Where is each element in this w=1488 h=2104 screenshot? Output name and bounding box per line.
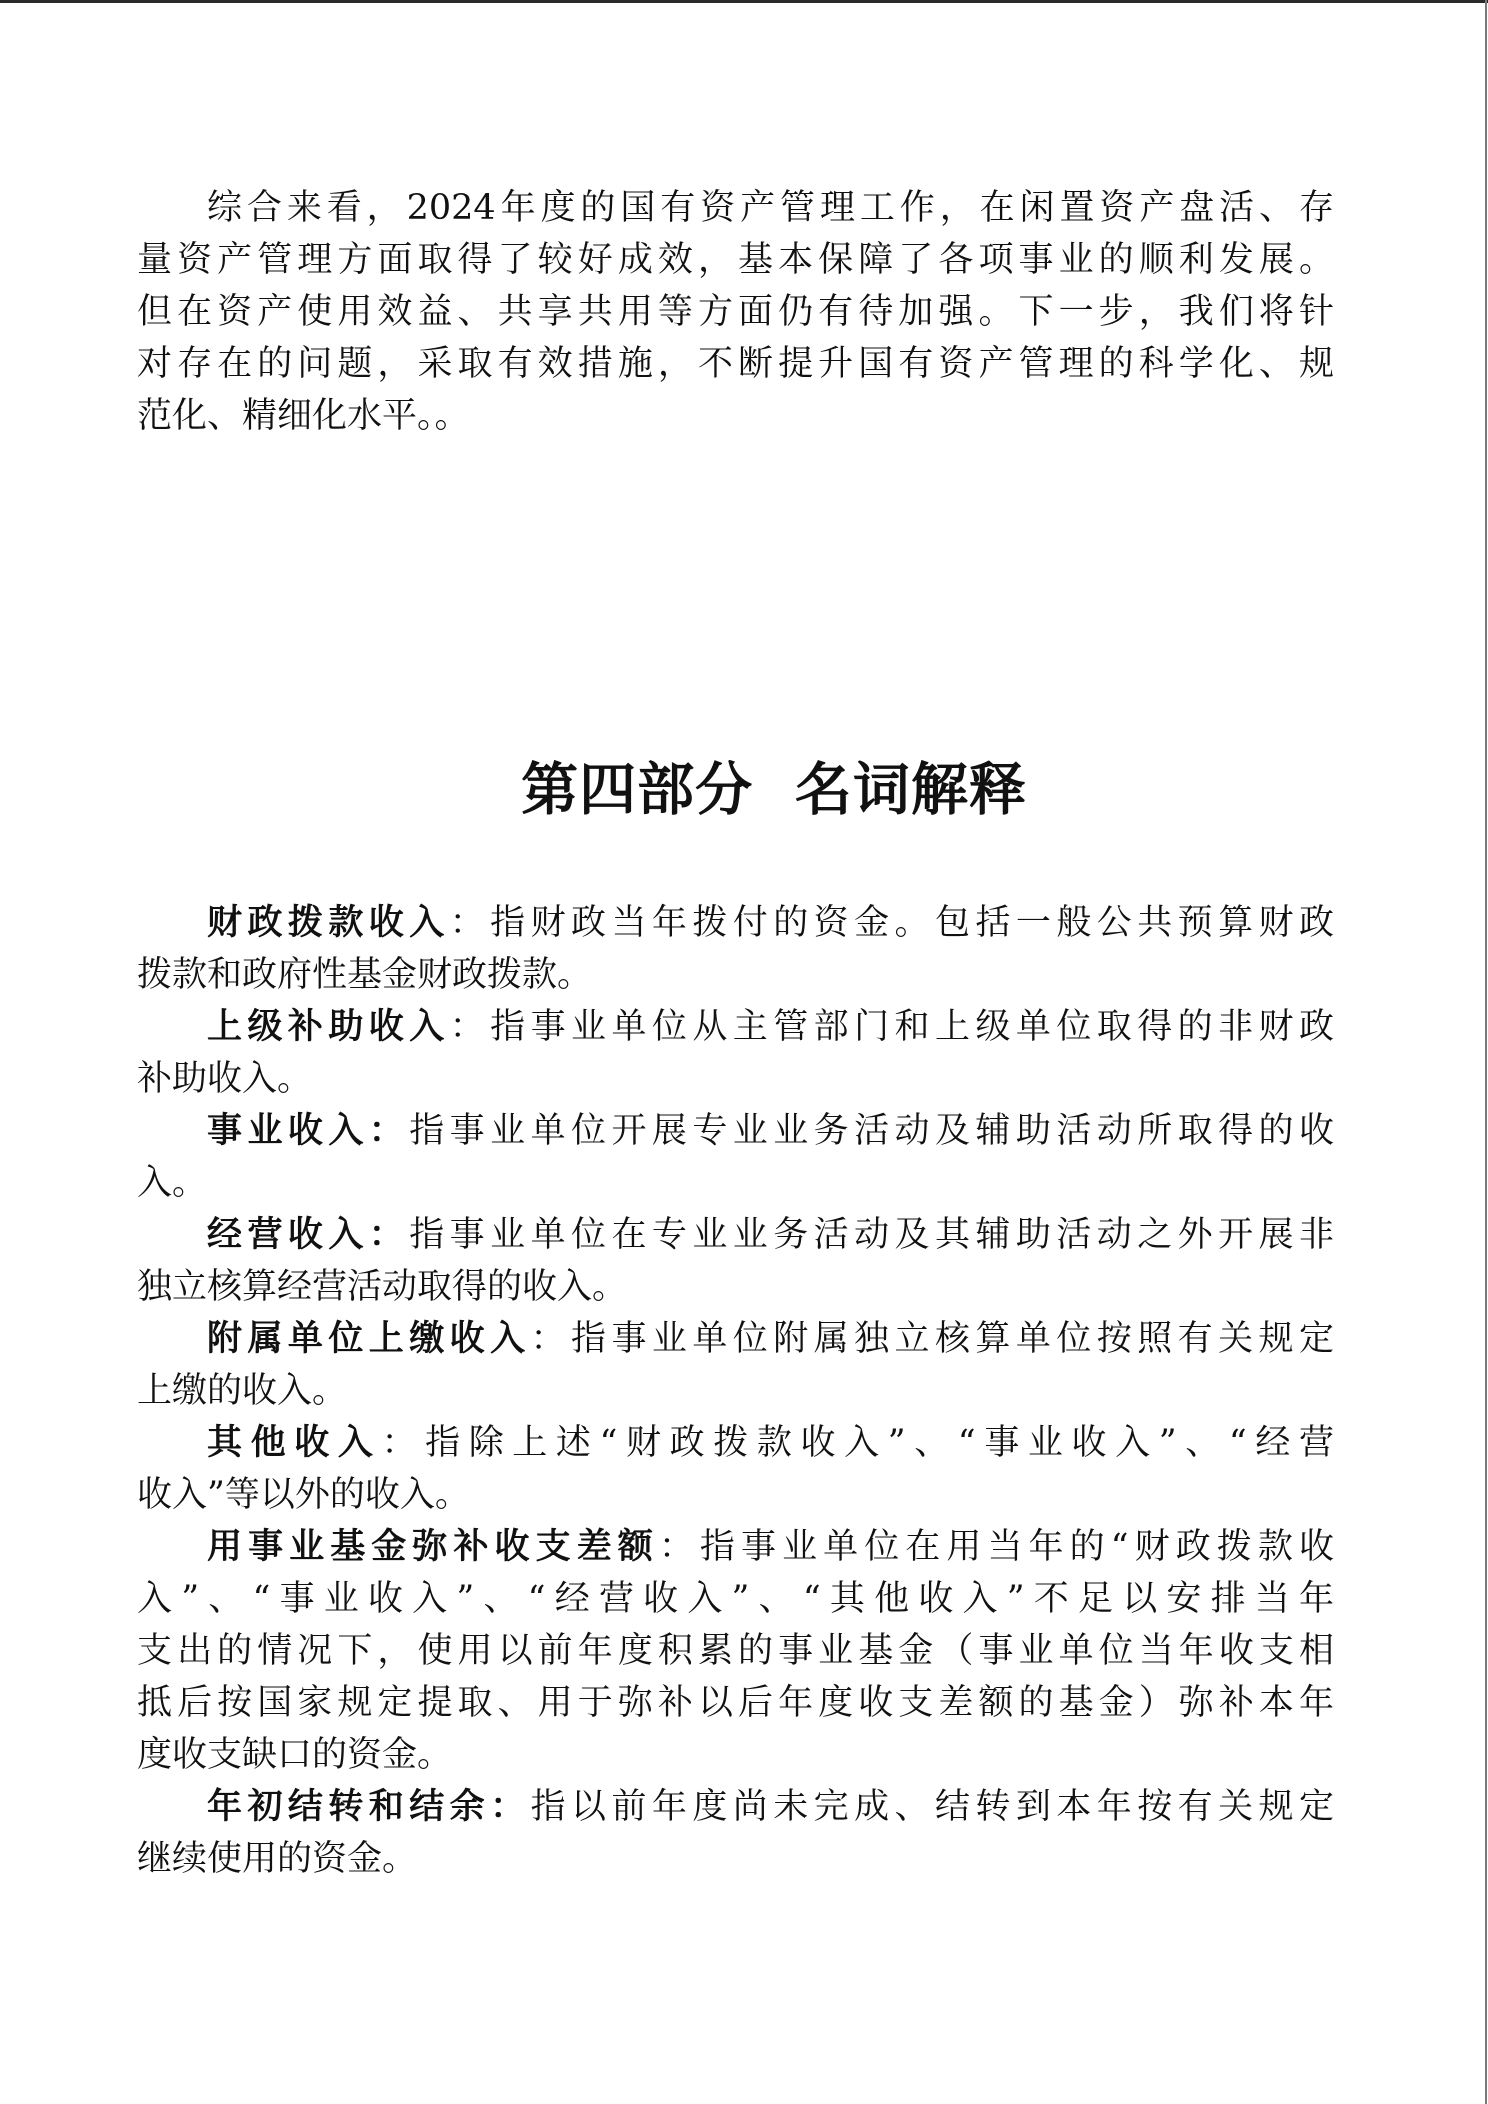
page-right-border <box>1485 0 1487 2104</box>
definition-colon: ： <box>381 1423 425 1463</box>
definition-term: 财政拨款收入 <box>207 903 450 943</box>
definition-line: 入。 <box>137 1157 1334 1209</box>
definition-text: 指事业单位开展专业业务活动及辅助活动所取得的收 <box>409 1111 1334 1151</box>
definition-term: 年初结转和结余 <box>207 1787 490 1827</box>
summary-paragraph: 综合来看，2024年度的国有资产管理工作，在闲置资产盘活、存 量资产管理方面取得… <box>137 182 1334 442</box>
definition-first-line: 其他收入：指除上述“财政拨款收入”、“事业收入”、“经营 <box>137 1417 1334 1469</box>
definition-line: 拨款和政府性基金财政拨款。 <box>137 949 1334 1001</box>
definition-item: 用事业基金弥补收支差额：指事业单位在用当年的“财政拨款收 入”、“事业收入”、“… <box>137 1521 1334 1781</box>
definition-line: 入”、“事业收入”、“经营收入”、“其他收入”不足以安排当年 <box>137 1573 1334 1625</box>
definition-first-line: 年初结转和结余：指以前年度尚未完成、结转到本年按有关规定 <box>137 1781 1334 1833</box>
page-top-border <box>0 0 1488 3</box>
summary-line: 对存在的问题，采取有效措施，不断提升国有资产管理的科学化、规 <box>137 338 1334 390</box>
definition-colon: ： <box>531 1319 571 1359</box>
definition-first-line: 财政拨款收入：指财政当年拨付的资金。包括一般公共预算财政 <box>137 897 1334 949</box>
summary-line: 量资产管理方面取得了较好成效，基本保障了各项事业的顺利发展。 <box>137 234 1334 286</box>
definition-line: 支出的情况下，使用以前年度积累的事业基金（事业单位当年收支相 <box>137 1625 1334 1677</box>
definition-item: 经营收入：指事业单位在专业业务活动及其辅助活动之外开展非 独立核算经营活动取得的… <box>137 1209 1334 1313</box>
section-title: 第四部分 名词解释 <box>0 750 1488 830</box>
definition-colon: ： <box>659 1527 700 1567</box>
definition-colon: ： <box>490 1787 530 1827</box>
definition-text: 指以前年度尚未完成、结转到本年按有关规定 <box>531 1787 1334 1827</box>
definition-item: 上级补助收入：指事业单位从主管部门和上级单位取得的非财政 补助收入。 <box>137 1001 1334 1105</box>
definition-text: 指事业单位在用当年的“财政拨款收 <box>700 1527 1334 1567</box>
definition-line: 上缴的收入。 <box>137 1365 1334 1417</box>
definition-item: 其他收入：指除上述“财政拨款收入”、“事业收入”、“经营 收入”等以外的收入。 <box>137 1417 1334 1521</box>
definition-line: 继续使用的资金。 <box>137 1833 1334 1885</box>
definition-first-line: 用事业基金弥补收支差额：指事业单位在用当年的“财政拨款收 <box>137 1521 1334 1573</box>
definition-text: 指除上述“财政拨款收入”、“事业收入”、“经营 <box>425 1423 1334 1463</box>
definition-item: 附属单位上缴收入：指事业单位附属独立核算单位按照有关规定 上缴的收入。 <box>137 1313 1334 1417</box>
definition-text: 指事业单位从主管部门和上级单位取得的非财政 <box>490 1007 1334 1047</box>
summary-line: 但在资产使用效益、共享共用等方面仍有待加强。下一步，我们将针 <box>137 286 1334 338</box>
definition-term: 事业收入 <box>207 1111 369 1151</box>
definition-term: 上级补助收入 <box>207 1007 450 1047</box>
summary-line: 范化、精细化水平。。 <box>137 390 1334 442</box>
definition-line: 补助收入。 <box>137 1053 1334 1105</box>
definition-item: 事业收入：指事业单位开展专业业务活动及辅助活动所取得的收 入。 <box>137 1105 1334 1209</box>
definition-colon: ： <box>369 1111 409 1151</box>
definition-item: 年初结转和结余：指以前年度尚未完成、结转到本年按有关规定 继续使用的资金。 <box>137 1781 1334 1885</box>
definition-first-line: 附属单位上缴收入：指事业单位附属独立核算单位按照有关规定 <box>137 1313 1334 1365</box>
definition-text: 指财政当年拨付的资金。包括一般公共预算财政 <box>490 903 1334 943</box>
definition-colon: ： <box>450 1007 490 1047</box>
definition-item: 财政拨款收入：指财政当年拨付的资金。包括一般公共预算财政 拨款和政府性基金财政拨… <box>137 897 1334 1001</box>
summary-line: 综合来看，2024年度的国有资产管理工作，在闲置资产盘活、存 <box>137 182 1334 234</box>
definitions-list: 财政拨款收入：指财政当年拨付的资金。包括一般公共预算财政 拨款和政府性基金财政拨… <box>137 897 1334 1885</box>
definition-line: 收入”等以外的收入。 <box>137 1469 1334 1521</box>
definition-text: 指事业单位附属独立核算单位按照有关规定 <box>571 1319 1334 1359</box>
definition-term: 经营收入 <box>207 1215 369 1255</box>
definition-colon: ： <box>450 903 490 943</box>
definition-text: 指事业单位在专业业务活动及其辅助活动之外开展非 <box>409 1215 1334 1255</box>
definition-line: 抵后按国家规定提取、用于弥补以后年度收支差额的基金）弥补本年 <box>137 1677 1334 1729</box>
definition-term: 附属单位上缴收入 <box>207 1319 531 1359</box>
definition-colon: ： <box>369 1215 409 1255</box>
definition-term: 用事业基金弥补收支差额 <box>207 1527 659 1567</box>
definition-line: 独立核算经营活动取得的收入。 <box>137 1261 1334 1313</box>
definition-first-line: 事业收入：指事业单位开展专业业务活动及辅助活动所取得的收 <box>137 1105 1334 1157</box>
definition-term: 其他收入 <box>207 1423 381 1463</box>
definition-first-line: 上级补助收入：指事业单位从主管部门和上级单位取得的非财政 <box>137 1001 1334 1053</box>
definition-first-line: 经营收入：指事业单位在专业业务活动及其辅助活动之外开展非 <box>137 1209 1334 1261</box>
definition-line: 度收支缺口的资金。 <box>137 1729 1334 1781</box>
